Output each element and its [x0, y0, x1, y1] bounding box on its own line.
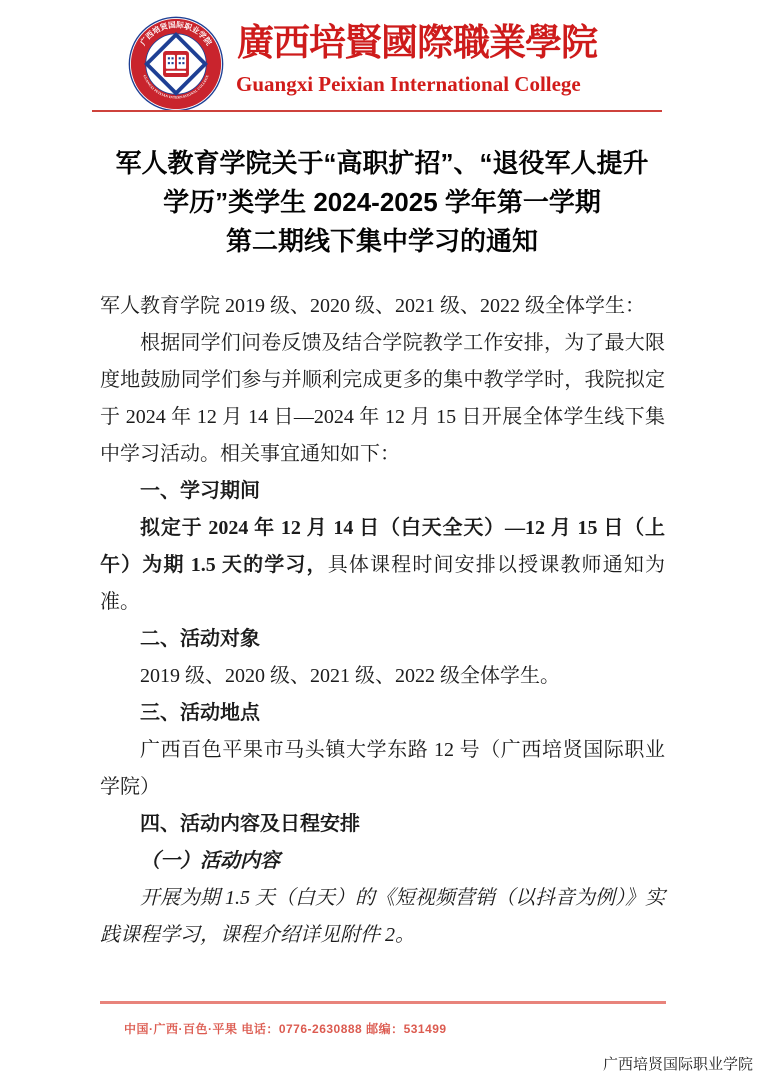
document-title-line: 学历”类学生 2024-2025 学年第一学期	[85, 183, 679, 222]
section-heading-4: 四、活动内容及日程安排	[100, 806, 665, 843]
section-heading-3: 三、活动地点	[100, 695, 665, 732]
document-page: 广西培贤国际职业学院 GUANGXI PEIXIAN INTERNATIONAL…	[0, 0, 764, 1080]
section-4-paragraph: 开展为期 1.5 天（白天）的《短视频营销（以抖音为例）》实践课程学习，课程介绍…	[100, 880, 665, 954]
footer-contact-info: 中国·广西·百色·平果 电话：0776-2630888 邮编：531499	[124, 1020, 447, 1037]
section-heading-2: 二、活动对象	[100, 621, 665, 658]
header-divider-line	[92, 110, 662, 112]
text-run: 广西百色平果市马头镇大学东路 12 号（广西培贤国际职业学院）	[100, 739, 665, 798]
text-run: （一）活动内容	[140, 850, 280, 872]
text-run: 军人教育学院 2019 级、2020 级、2021 级、2022 级全体学生：	[100, 295, 645, 317]
document-title-line: 第二期线下集中学习的通知	[85, 222, 679, 261]
section-heading-1: 一、学习期间	[100, 473, 665, 510]
section-3-paragraph: 广西百色平果市马头镇大学东路 12 号（广西培贤国际职业学院）	[100, 732, 665, 806]
document-title: 军人教育学院关于“高职扩招”、“退役军人提升学历”类学生 2024-2025 学…	[85, 144, 679, 261]
salutation-line: 军人教育学院 2019 级、2020 级、2021 级、2022 级全体学生：	[100, 288, 665, 325]
college-seal-logo: 广西培贤国际职业学院 GUANGXI PEIXIAN INTERNATIONAL…	[128, 16, 224, 112]
document-body: 军人教育学院 2019 级、2020 级、2021 级、2022 级全体学生：根…	[100, 288, 665, 954]
college-name-calligraphy: 廣西培賢國際職業學院	[237, 20, 617, 68]
text-run: 四、活动内容及日程安排	[140, 813, 360, 835]
footer-college-name: 广西培贤国际职业学院	[603, 1053, 753, 1074]
seal-book-icon	[163, 51, 189, 77]
document-title-line: 军人教育学院关于“高职扩招”、“退役军人提升	[85, 144, 679, 183]
text-run: 一、学习期间	[140, 480, 260, 502]
intro-paragraph: 根据同学们问卷反馈及结合学院教学工作安排，为了最大限度地鼓励同学们参与并顺利完成…	[100, 325, 665, 473]
text-run: 2019 级、2020 级、2021 级、2022 级全体学生。	[140, 665, 560, 687]
college-name-english: Guangxi Peixian International College	[236, 72, 616, 97]
text-run: 根据同学们问卷反馈及结合学院教学工作安排，为了最大限度地鼓励同学们参与并顺利完成…	[100, 332, 665, 465]
section-1-paragraph: 拟定于 2024 年 12 月 14 日（白天全天）—12 月 15 日（上午）…	[100, 510, 665, 621]
section-2-paragraph: 2019 级、2020 级、2021 级、2022 级全体学生。	[100, 658, 665, 695]
text-run: 开展为期 1.5 天（白天）的《短视频营销（以抖音为例）》实践课程学习，课程介绍…	[100, 887, 665, 946]
subsection-heading-4-1: （一）活动内容	[100, 843, 665, 880]
text-run: 三、活动地点	[140, 702, 260, 724]
footer-divider-line	[100, 1001, 666, 1004]
text-run: 二、活动对象	[140, 628, 260, 650]
